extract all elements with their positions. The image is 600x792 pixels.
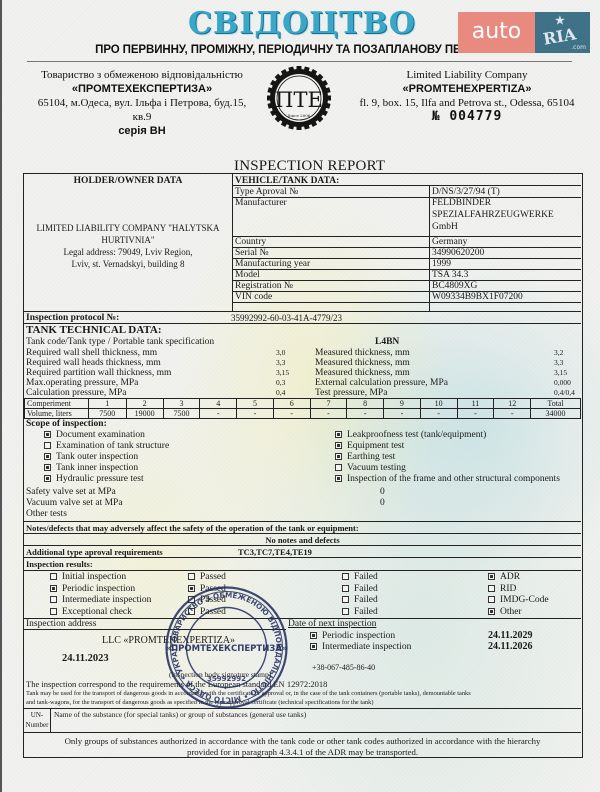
result-type-label: Exceptional check: [62, 607, 132, 617]
tech-row-label: Required wall shell thickness, mm: [26, 348, 157, 358]
result-regulation-item[interactable]: IMDG-Code: [488, 595, 549, 607]
tank-code-value: L4BN: [375, 337, 399, 347]
tech-row-label: Measured thickness, mm: [315, 348, 410, 358]
tech-row-label: Calculation pressure, MPa: [26, 388, 127, 398]
vehicle-row-label: Manufacturing year: [235, 259, 310, 269]
notes-heading: Notes/defects that may adversely affect …: [26, 523, 359, 533]
result-passed-label: Passed: [200, 572, 226, 582]
holder-address-line2: Lviv, st. Vernadskyi, building 8: [24, 258, 232, 270]
inspection-report-table: HOLDER/OWNER DATA LIMITED LIABILITY COMP…: [23, 173, 583, 758]
vehicle-row-label: Country: [235, 237, 266, 247]
result-failed-label: Failed: [354, 607, 378, 617]
safety-valve-value: 0: [380, 487, 385, 498]
vacuum-valve-label: Vacuum valve set at MPa: [26, 498, 123, 509]
vacuum-valve-value: 0: [380, 498, 385, 509]
tech-row-value: 3,3: [554, 358, 563, 368]
org-right-name: «PROMTEHEXPERTIZA»: [403, 83, 532, 95]
vehicle-row-label: Manufacturer: [235, 198, 287, 208]
unchecked-checkbox-icon[interactable]: [342, 585, 349, 592]
tech-row-value: 3,15: [554, 368, 567, 378]
compartment-volume: -: [494, 409, 531, 419]
compartment-volume: -: [347, 409, 384, 419]
tech-row-value: 3,2: [554, 348, 563, 358]
address-label: Inspection address: [26, 619, 96, 629]
unchecked-checkbox-icon[interactable]: [44, 442, 51, 449]
vehicle-row-value: FELDBINDER: [432, 198, 491, 208]
vehicle-row-label: Model: [235, 270, 260, 280]
contact-phone: +38-067-485-86-40: [312, 663, 375, 673]
tech-row-label: Required partition wall thickness, mm: [26, 368, 171, 378]
additional-label: Additional type aproval requirements: [26, 547, 163, 557]
certificate-page: СВІДОЦТВО ПРО ПЕРВИННУ, ПРОМІЖНУ, ПЕРІОД…: [0, 0, 600, 792]
header-divider: [27, 61, 572, 62]
safety-valve-label: Safety valve set at MPa: [26, 487, 116, 498]
company-logo-icon: ПТЕ Since 2006: [266, 65, 332, 131]
unchecked-checkbox-icon[interactable]: [188, 573, 195, 580]
next-inspection-label: Date of next inspection: [288, 619, 376, 629]
checked-checkbox-icon[interactable]: [310, 632, 317, 639]
compartment-number: 5: [237, 399, 274, 409]
tech-row-label: Measured thickness, mm: [315, 358, 410, 368]
compartment-volume-row: Volume, liters7500190007500---------3400…: [25, 409, 581, 419]
org-left-type: Товариство з обмеженою відповідальністю: [27, 68, 257, 82]
holder-block: LIMITED LIABILITY COMPANY "HALYTSKA HURT…: [24, 222, 232, 270]
watermark-auto: auto: [458, 12, 535, 53]
scope-left-label: Hydraulic pressure test: [56, 474, 144, 484]
substance-note-line2: provided for in paragraph 4.3.4.1 of the…: [24, 747, 581, 757]
svg-text:«ПРОМТЕХЕКСПЕРТИЗА»: «ПРОМТЕХЕКСПЕРТИЗА»: [166, 644, 288, 654]
tech-row-value: 3,3: [276, 358, 285, 368]
compartment-volume: 34000: [531, 409, 581, 419]
scope-left-item[interactable]: Hydraulic pressure test: [44, 474, 144, 485]
svg-text:35992992: 35992992: [207, 675, 246, 683]
unchecked-checkbox-icon[interactable]: [50, 596, 57, 603]
vehicle-row-value: 1999: [432, 259, 451, 269]
next-inspection-date: 24.11.2029: [488, 631, 532, 641]
org-left: Товариство з обмеженою відповідальністю …: [27, 68, 257, 138]
result-failed-label: Failed: [354, 572, 378, 582]
compartment-volume: -: [384, 409, 421, 419]
holder-heading: HOLDER/OWNER DATA: [24, 176, 232, 186]
checked-checkbox-icon[interactable]: [44, 453, 51, 460]
scope-right-item[interactable]: Equipment test: [335, 441, 404, 452]
un-label-1: UN-: [24, 710, 50, 720]
result-type-label: Initial inspection: [62, 572, 126, 582]
org-right: Limited Liability Company «PROMTEHEXPERT…: [342, 68, 592, 124]
unchecked-checkbox-icon[interactable]: [335, 464, 342, 471]
compartment-number: 12: [494, 399, 531, 409]
scope-right-item[interactable]: Leakproofness test (tank/equipment): [335, 430, 486, 441]
org-right-type: Limited Liability Company: [342, 68, 592, 82]
compartment-volume: -: [237, 409, 274, 419]
vehicle-row-value: D/NS/3/27/94 (T): [432, 187, 500, 197]
result-type-label: Intermediate inspection: [62, 595, 151, 605]
holder-company-line2: HURTIVNIA": [24, 234, 232, 246]
unchecked-checkbox-icon[interactable]: [50, 608, 57, 615]
org-left-address: 65104, м.Одеса, вул. Ільфа і Петрова, бу…: [27, 96, 257, 124]
result-regulation-item[interactable]: Other: [488, 607, 522, 619]
compartment-table: Comperiment123456789101112TotalVolume, l…: [24, 398, 581, 419]
scope-right-label: Leakproofness test (tank/equipment): [347, 430, 486, 440]
checked-checkbox-icon[interactable]: [335, 453, 342, 460]
certificate-number: № 004779: [342, 110, 592, 124]
result-type-label: Periodic inspection: [62, 584, 135, 594]
compartment-volume: -: [457, 409, 494, 419]
checked-checkbox-icon[interactable]: [44, 464, 51, 471]
scope-left-label: Tank outer inspection: [56, 452, 138, 462]
compartment-volume: 7500: [88, 409, 126, 419]
compartment-number-row: Comperiment123456789101112Total: [25, 399, 581, 409]
results-heading: Inspection results:: [26, 559, 93, 569]
holder-company-line1: LIMITED LIABILITY COMPANY "HALYTSKA: [24, 222, 232, 234]
vehicle-heading-rule: [232, 185, 581, 186]
next-inspection-type: Periodic inspection: [322, 631, 395, 641]
vehicle-row-rule: [232, 236, 581, 237]
tech-row-label: External calculation pressure, MPa: [315, 378, 448, 388]
org-left-name: «ПРОМТЕХЕКСПЕРТИЗА»: [72, 83, 212, 95]
watermark-ria: ★ RIA .com: [535, 12, 590, 53]
result-failed-item[interactable]: Failed: [342, 595, 378, 607]
compartment-number: 2: [126, 399, 163, 409]
tech-row-value: 3,15: [276, 368, 289, 378]
inspection-date: 24.11.2023: [62, 654, 109, 664]
compartment-row-label: Comperiment: [25, 399, 89, 409]
holder-address-line1: Legal address: 79049, Lviv Region,: [24, 246, 232, 258]
compartment-volume: 7500: [163, 409, 200, 419]
unchecked-checkbox-icon[interactable]: [342, 608, 349, 615]
scope-right-item[interactable]: Vacuum testing: [335, 463, 406, 474]
result-failed-item[interactable]: Failed: [342, 584, 378, 596]
vehicle-row-value: 34990620200: [432, 248, 484, 258]
protocol-label: Inspection protocol №:: [26, 313, 119, 323]
tech-row-label: Measured thickness, mm: [315, 368, 410, 378]
unchecked-checkbox-icon[interactable]: [50, 573, 57, 580]
checked-checkbox-icon[interactable]: [50, 585, 57, 592]
scope-right-label: Earthing test: [347, 452, 395, 462]
compartment-number: 7: [310, 399, 347, 409]
tech-row-value: 0,3: [276, 378, 285, 388]
checked-checkbox-icon[interactable]: [488, 608, 495, 615]
vehicle-row-rule: [232, 247, 581, 248]
compartment-number: 4: [200, 399, 237, 409]
notes-value: No notes and defects: [24, 535, 581, 545]
unchecked-checkbox-icon[interactable]: [342, 573, 349, 580]
un-label-2: Number: [24, 720, 50, 730]
additional-value: TC3,TC7,TE4,TE19: [238, 547, 312, 557]
scope-right-label: Equipment test: [347, 441, 404, 451]
compartment-number: 8: [347, 399, 384, 409]
compartment-volume: 19000: [126, 409, 163, 419]
unchecked-checkbox-icon[interactable]: [488, 585, 495, 592]
compartment-number: 11: [457, 399, 494, 409]
checked-checkbox-icon[interactable]: [335, 431, 342, 438]
vehicle-row-value: BC4809XG: [432, 281, 477, 291]
vehicle-row-value: SPEZIALFAHRZEUGWERKE: [432, 210, 554, 220]
vehicle-row-rule: [232, 291, 581, 292]
svg-text:ПТЕ: ПТЕ: [275, 88, 323, 112]
compartment-volume: -: [200, 409, 237, 419]
scope-left-item[interactable]: Tank inner inspection: [44, 463, 138, 474]
scope-right-item[interactable]: Inspection of the frame and other struct…: [335, 474, 560, 485]
compartment-number: 10: [420, 399, 457, 409]
checked-checkbox-icon[interactable]: [335, 475, 342, 482]
scope-left-item[interactable]: Tank outer inspection: [44, 452, 138, 463]
tank-code-label: Tank code/Tank type / Portable tank spec…: [26, 337, 214, 347]
next-inspection-item[interactable]: Periodic inspection: [310, 631, 395, 641]
protocol-value: 35992992-60-03-41A-4779/23: [231, 313, 342, 323]
checked-checkbox-icon[interactable]: [310, 643, 317, 650]
checked-checkbox-icon[interactable]: [44, 475, 51, 482]
scope-left-label: Examination of tank structure: [56, 441, 169, 451]
scope-heading: Scope of inspection:: [26, 419, 107, 429]
result-type-item[interactable]: Periodic inspection: [50, 584, 135, 596]
vehicle-column-rule: [429, 185, 430, 312]
svg-text:Since 2006: Since 2006: [288, 113, 311, 118]
tech-row-label: Test pressure, MPa: [315, 388, 387, 398]
next-inspection-item[interactable]: Intermediate inspection: [310, 642, 411, 652]
scope-left-item[interactable]: Document examination: [44, 430, 145, 441]
unchecked-checkbox-icon[interactable]: [488, 596, 495, 603]
vehicle-row-rule: [232, 269, 581, 270]
scope-right-item[interactable]: Earthing test: [335, 452, 395, 463]
compartment-number: 3: [163, 399, 200, 409]
vehicle-row-value: TSA 34.3: [432, 270, 468, 280]
tech-row-value: 3,0: [276, 348, 285, 358]
compartment-number: 6: [273, 399, 310, 409]
volume-row-label: Volume, liters: [25, 409, 89, 419]
next-inspection-date: 24.11.2026: [488, 642, 532, 652]
org-left-series: серія ВН: [118, 125, 165, 137]
scope-left-item[interactable]: Examination of tank structure: [44, 441, 169, 452]
compartment-volume: -: [310, 409, 347, 419]
result-type-item[interactable]: Initial inspection: [50, 572, 126, 584]
tech-row-value: 0,4: [276, 388, 285, 398]
technical-heading: TANK TECHNICAL DATA:: [26, 325, 161, 336]
result-type-item[interactable]: Intermediate inspection: [50, 595, 151, 607]
result-passed-item[interactable]: Passed: [188, 572, 226, 584]
vehicle-row-value: GmbH: [432, 222, 458, 232]
vehicle-row-label: Serial №: [235, 248, 269, 258]
result-regulation-label: IMDG-Code: [500, 595, 549, 605]
result-failed-item[interactable]: Failed: [342, 607, 378, 619]
substance-note-line1: Only groups of substances authorized in …: [24, 736, 581, 746]
scope-right-label: Vacuum testing: [347, 463, 406, 473]
checked-checkbox-icon[interactable]: [488, 573, 495, 580]
autoria-watermark: auto ★ RIA .com: [458, 12, 590, 53]
compartment-volume: -: [273, 409, 310, 419]
org-right-address: fl. 9, box. 15, Ilfa and Petrova st., Od…: [342, 96, 592, 110]
tech-row-label: Max.operating pressure, MPa: [26, 378, 138, 388]
result-failed-label: Failed: [354, 584, 378, 594]
result-failed-label: Failed: [354, 595, 378, 605]
vehicle-row-value: Germany: [432, 237, 467, 247]
next-inspection-type: Intermediate inspection: [322, 642, 411, 652]
tech-row-value: 0,4/0,4: [554, 388, 575, 398]
result-type-item[interactable]: Exceptional check: [50, 607, 132, 619]
vehicle-row-value: W09334B9BX1F07200: [432, 292, 523, 302]
compartment-number: 9: [384, 399, 421, 409]
checked-checkbox-icon[interactable]: [335, 442, 342, 449]
result-regulation-label: Other: [500, 607, 522, 617]
vehicle-row-rule: [232, 302, 581, 303]
result-failed-item[interactable]: Failed: [342, 572, 378, 584]
result-regulation-item[interactable]: ADR: [488, 572, 520, 584]
compartment-volume: -: [420, 409, 457, 419]
result-regulation-item[interactable]: RID: [488, 584, 516, 596]
official-stamp-icon: ТОВАРИСТВО З ОБМЕЖЕНОЮ ВІДПОВІДАЛЬНІСТЮ …: [164, 585, 289, 710]
vehicle-row-label: VIN code: [235, 292, 272, 302]
scope-left-label: Tank inner inspection: [56, 463, 138, 473]
substance-name-label: Name of the substance (for special tanks…: [54, 710, 306, 720]
other-tests-label: Other tests: [26, 509, 67, 520]
vehicle-row-label: Type Aproval №: [235, 187, 298, 197]
compartment-number: 1: [88, 399, 126, 409]
unchecked-checkbox-icon[interactable]: [342, 596, 349, 603]
scope-right-label: Inspection of the frame and other struct…: [347, 474, 560, 484]
tech-row-value: 0,000: [554, 378, 571, 388]
result-regulation-label: ADR: [500, 572, 520, 582]
tech-row-label: Required wall heads thickness, mm: [26, 358, 161, 368]
scope-left-label: Document examination: [56, 430, 145, 440]
compartment-number: Total: [531, 399, 581, 409]
vehicle-row-label: Registration №: [235, 281, 293, 291]
checked-checkbox-icon[interactable]: [44, 431, 51, 438]
result-regulation-label: RID: [500, 584, 516, 594]
